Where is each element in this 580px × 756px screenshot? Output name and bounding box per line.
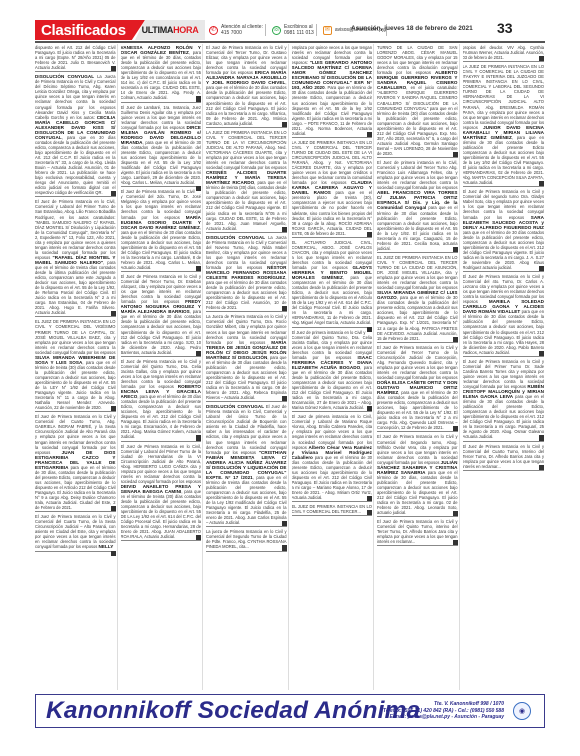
header-rule bbox=[35, 41, 545, 43]
ad-body: para que en el perentorio plazo de trein… bbox=[292, 190, 373, 235]
ad-body: , para que en el término de treinta días… bbox=[35, 260, 116, 315]
ad-stamp-icon bbox=[453, 337, 458, 342]
classified-ad: La Jueza de Primera Instancia en lo Civi… bbox=[206, 313, 287, 402]
ad-body: EL JUEZ DE PRIMERA INSTANCIA EN LO CIVIL… bbox=[292, 504, 373, 514]
ad-body: para que en el término de 30 días contad… bbox=[292, 455, 373, 500]
ad-stamp-icon bbox=[196, 535, 201, 540]
ad-body: propios del deudor. VIV Abg. Cynthia Fru… bbox=[463, 45, 545, 60]
classified-ad: El Juez de Primera Instancia en lo Civil… bbox=[377, 344, 458, 433]
ad-stamp-icon bbox=[196, 266, 201, 271]
ad-body: El Juez de Primera Instancia en lo Civil… bbox=[377, 345, 458, 380]
column-1: dispuesto en el Art. 212 del Código Civi… bbox=[35, 44, 118, 690]
ad-stamp-icon bbox=[111, 311, 116, 316]
ad-stamp-icon bbox=[453, 247, 458, 252]
banner-ad: Kanonnikoff Sociedad Anónima Tte. V. Kan… bbox=[35, 694, 545, 728]
ad-stamp-icon bbox=[196, 435, 201, 440]
ad-body: , para que en el término de 30 días cont… bbox=[206, 275, 287, 310]
ad-body: El Juez de Primera Instancia en lo Civil… bbox=[206, 404, 287, 454]
whatsapp-icon: ☏ bbox=[272, 26, 281, 35]
classified-ad: El Juez de Primera Instancia en lo Civil… bbox=[121, 358, 202, 442]
contact-phone: ✆ Atención al cliente:415 7000 bbox=[209, 24, 263, 36]
classified-ad: VANESSA ALFONZO ROLÓN Y OSCAR GONZÁLEZ B… bbox=[121, 44, 202, 103]
classified-ad: EL JUEZ DE PRIMERA INSTANCIA EN LO CIVIL… bbox=[292, 503, 373, 516]
classified-ad: El Juez de Primera Instancia en lo Civil… bbox=[206, 44, 287, 128]
divider bbox=[316, 24, 317, 36]
ad-body: El Juez de Primera Instancia en lo Civil… bbox=[35, 199, 116, 260]
publication-logo-part1: ULTIMA bbox=[142, 25, 174, 35]
ad-stamp-icon bbox=[453, 426, 458, 431]
classified-ad: El Juez de Primera Instancia en lo Civil… bbox=[463, 273, 545, 357]
ad-stamp-icon bbox=[282, 122, 287, 127]
ad-body: , para que en término de 30 días contado… bbox=[463, 135, 545, 185]
ad-body: El Juez de Primera Instancia en lo Civil… bbox=[463, 444, 545, 469]
classified-ad: La jueza de Primera Instancia en lo Civi… bbox=[206, 528, 287, 551]
column-5: TURNO DE LA CIUDAD DE SAN LORENZO ABOG. … bbox=[377, 44, 460, 690]
classified-ad: LA JUEZ DE PRIMERA INSTANCIA EN LO CIVIL… bbox=[206, 129, 287, 233]
ad-body: El Juez de Primera Instancia en lo Civil… bbox=[377, 519, 458, 544]
ad-body: , para que en el término de 30 días cont… bbox=[121, 225, 202, 270]
ad-body: , para que en el término de 30 días, con… bbox=[121, 50, 202, 100]
classified-ad: El Juez de primera instancia en lo Civil… bbox=[292, 413, 373, 502]
banner-company-name: Kanonnikoff Sociedad Anónima bbox=[36, 697, 376, 725]
ad-stamp-icon bbox=[453, 511, 458, 516]
classified-ad: EL JUEZ DE PRIMERA INSTANCIA EN LO CIVIL… bbox=[377, 254, 458, 343]
classified-ad: El Juez de Primera Instancia en lo Civil… bbox=[121, 443, 202, 542]
classified-ad: TURNO DE LA CIUDAD DE SAN LORENZO ABOG. … bbox=[377, 44, 458, 158]
classified-ad: El Juez de Primera Instancia en lo Civil… bbox=[35, 513, 116, 551]
ad-body: dispuesto en el Art. 212 del Código Civi… bbox=[35, 45, 116, 70]
classified-ad: El Juez de Primera Instancia en lo Civil… bbox=[463, 188, 545, 272]
dateline: Asunción, jueves 18 de febrero de 2021 bbox=[351, 25, 473, 32]
ad-stamp-icon bbox=[367, 510, 372, 515]
ad-stamp-icon bbox=[453, 152, 458, 157]
classified-ad: DISOLUCIÓN CONYUGAL La Jueza de Primera … bbox=[35, 73, 116, 197]
classified-ad: El Juez de Primera Instancia en lo Civil… bbox=[121, 188, 202, 272]
newspaper-page: Clasificados ULTIMAHORA ✆ Atención al cl… bbox=[35, 20, 545, 690]
ad-stamp-icon bbox=[539, 266, 544, 271]
ad-stamp-icon bbox=[282, 227, 287, 232]
ad-body: , para que en el término de 30 días cont… bbox=[121, 140, 202, 185]
classified-ad: El Juez de Primera Instancia en lo Civil… bbox=[377, 518, 458, 546]
ad-body: , para que en el término de treinta (30)… bbox=[35, 360, 116, 410]
column-2: VANESSA ALFONZO ROLÓN Y OSCAR GONZÁLEZ B… bbox=[121, 44, 204, 690]
section-title: Clasificados bbox=[35, 20, 145, 40]
classified-ad: emplaza por quince veces a los que tenga… bbox=[292, 44, 373, 138]
ad-stamp-icon bbox=[367, 406, 372, 411]
ad-body: . Para que en término de 30 días contado… bbox=[292, 85, 373, 135]
classified-ad: LA JUEZ DE PRIMERA INSTANCIA EN LO CIVIL… bbox=[463, 63, 545, 187]
mail-icon: ✉ bbox=[323, 26, 332, 35]
ad-body: EL JUEZ DE PRIMERA INSTANCIA EN LO CIVIL… bbox=[35, 319, 116, 354]
contact-whatsapp-value: 0981 111 013 bbox=[284, 30, 314, 36]
ad-body: para que en el término de 30 días contad… bbox=[463, 394, 545, 439]
classified-ad: El Juez de primera instancia en lo Civil… bbox=[292, 329, 373, 413]
classifieds-columns: dispuesto en el Art. 212 del Código Civi… bbox=[35, 44, 545, 690]
ad-body: , para que en el término de 30 días cont… bbox=[206, 80, 287, 125]
ad-stamp-icon bbox=[367, 496, 372, 501]
banner-contact-info: Tte. V. Kanonnikoff 998 / 1070 Telefax: … bbox=[376, 701, 504, 720]
ad-body: , para que en el término de treinta (30)… bbox=[121, 489, 202, 539]
ad-body: El Juez de Primera Instancia en lo Civil… bbox=[121, 444, 202, 484]
ad-stamp-icon bbox=[111, 506, 116, 511]
ad-stamp-icon bbox=[111, 406, 116, 411]
ad-body: LA JUEZ DE PRIMERA INSTANCIA EN LO CIVIL… bbox=[292, 140, 373, 185]
classified-ad: El Juez de Primera Instancia en lo Civil… bbox=[35, 413, 116, 512]
ad-stamp-icon bbox=[196, 351, 201, 356]
classified-ad: El Juez de Primera Instancia en lo Civil… bbox=[463, 358, 545, 442]
ad-body: , para que en el término de 30 días cont… bbox=[377, 295, 458, 340]
ad-body: La Jueza de Primera Instancia en lo Civi… bbox=[35, 74, 116, 119]
column-6: propios del deudor. VIV Abg. Cynthia Fru… bbox=[463, 44, 546, 690]
classified-ad: El Juez de Primera Instancia en lo Civil… bbox=[377, 433, 458, 517]
classified-ad: dispuesto en el Art. 212 del Código Civi… bbox=[35, 44, 116, 72]
ad-body: , para que en el término de 30 días cont… bbox=[206, 355, 287, 400]
ad-stamp-icon bbox=[196, 96, 201, 101]
banner-email: E-mail: paksa@pla.net.py - Asunción - Pa… bbox=[376, 714, 504, 720]
classified-ad: DISOLUCIÓN CONYUGAL El Juez de Primera I… bbox=[206, 403, 287, 527]
divider bbox=[265, 24, 266, 36]
ad-body: para que en el término de 30 días, conta… bbox=[35, 465, 116, 510]
contact-phone-value: 415 7000 bbox=[221, 30, 242, 36]
ad-stamp-icon bbox=[539, 465, 544, 470]
classified-ad: El Juez de Primera Instancia en lo Civil… bbox=[463, 443, 545, 471]
ad-body: El Juez de Primera Instancia en lo Civil… bbox=[35, 414, 116, 454]
ad-body: El Juez de primera instancia en lo Civil… bbox=[377, 160, 458, 190]
ad-stamp-icon bbox=[367, 232, 372, 237]
ad-stamp-icon bbox=[282, 396, 287, 401]
classified-ad: El Juez de primera instancia en lo Civil… bbox=[377, 159, 458, 253]
contact-whatsapp: ☏ Escríbinos al0981 111 013 bbox=[272, 24, 314, 36]
ad-body: , para que en el término de 30 días cont… bbox=[377, 390, 458, 430]
ad-stamp-icon bbox=[282, 521, 287, 526]
ad-stamp-icon bbox=[453, 540, 458, 545]
classified-ad: EL JUEZ DE PRIMERA INSTANCIA EN LO CIVIL… bbox=[35, 318, 116, 412]
ad-body: EL JUEZ DE PRIMERA INSTANCIA EN LO CIVIL… bbox=[377, 255, 458, 290]
ad-body: para que en el término de 30 días, conta… bbox=[377, 470, 458, 515]
classified-ad: El Juez de Primera Instancia en lo Civil… bbox=[121, 273, 202, 357]
ad-stamp-icon bbox=[539, 56, 544, 61]
classified-ad: El Juez de Lambaré, 1ra. Instancia, Juez… bbox=[121, 104, 202, 188]
ad-headline: NELLY bbox=[99, 544, 114, 549]
page-header: Clasificados ULTIMAHORA ✆ Atención al cl… bbox=[35, 20, 545, 40]
classified-ad: LA JUEZ DE PRIMERA INSTANCIA EN LO CIVIL… bbox=[292, 139, 373, 238]
classified-ad: EL ACTUARIO JUDICIAL CIVIL, COMERCIAL, A… bbox=[292, 239, 373, 328]
ad-body: , para que en 30 días contados desde la … bbox=[35, 135, 116, 196]
ad-stamp-icon bbox=[539, 435, 544, 440]
ad-body: LA JUEZ DE PRIMERA INSTANCIA EN LO CIVIL… bbox=[206, 130, 287, 170]
ad-stamp-icon bbox=[539, 351, 544, 356]
ad-body: para que en el término de 30 días contad… bbox=[463, 309, 545, 354]
ad-body: para que en el término de 30 días contad… bbox=[377, 205, 458, 250]
ad-body: , para que en el término de treinta (30)… bbox=[206, 180, 287, 230]
ad-body: La jueza de Primera Instancia en lo Civi… bbox=[206, 529, 287, 549]
ad-body: , para que en el término de 30 días cont… bbox=[121, 394, 202, 439]
ad-stamp-icon bbox=[282, 306, 287, 311]
ad-body: para que en el término de 30 días contad… bbox=[463, 230, 545, 270]
column-4: emplaza por quince veces a los que tenga… bbox=[292, 44, 375, 690]
ad-body: , en el juicio caratulado: "ALBERTO ENRI… bbox=[377, 85, 458, 156]
phone-icon: ✆ bbox=[209, 26, 218, 35]
ad-body: , para que en el término de treinta días… bbox=[206, 475, 287, 525]
ad-stamp-icon bbox=[111, 551, 116, 556]
ad-body: , para que en el término de 30 días cont… bbox=[292, 365, 373, 410]
publication-logo-part2: HORA bbox=[173, 25, 198, 35]
page-number: 33 bbox=[497, 20, 513, 36]
ad-stamp-icon bbox=[111, 191, 116, 196]
ad-body: , para que comparezcan en el término de … bbox=[292, 275, 373, 325]
ad-stamp-icon bbox=[282, 545, 287, 550]
ad-stamp-icon bbox=[367, 132, 372, 137]
classified-ad: El Juez de Primera Instancia en lo Civil… bbox=[35, 198, 116, 317]
ad-body: , para que en el término de 30 días cont… bbox=[121, 309, 202, 354]
column-3: El Juez de Primera Instancia en lo Civil… bbox=[206, 44, 289, 690]
classified-ad: propios del deudor. VIV Abg. Cynthia Fru… bbox=[463, 44, 545, 62]
ad-stamp-icon bbox=[539, 181, 544, 186]
ad-body: LA JUEZ DE PRIMERA INSTANCIA EN LO CIVIL… bbox=[463, 64, 545, 130]
publication-logo: ULTIMAHORA bbox=[135, 20, 205, 40]
classified-ad: DISOLUCIÓN CONYUGAL La Jueza de Primera … bbox=[206, 234, 287, 313]
company-seal-icon: ◉ bbox=[513, 702, 531, 720]
ad-stamp-icon bbox=[111, 66, 116, 71]
